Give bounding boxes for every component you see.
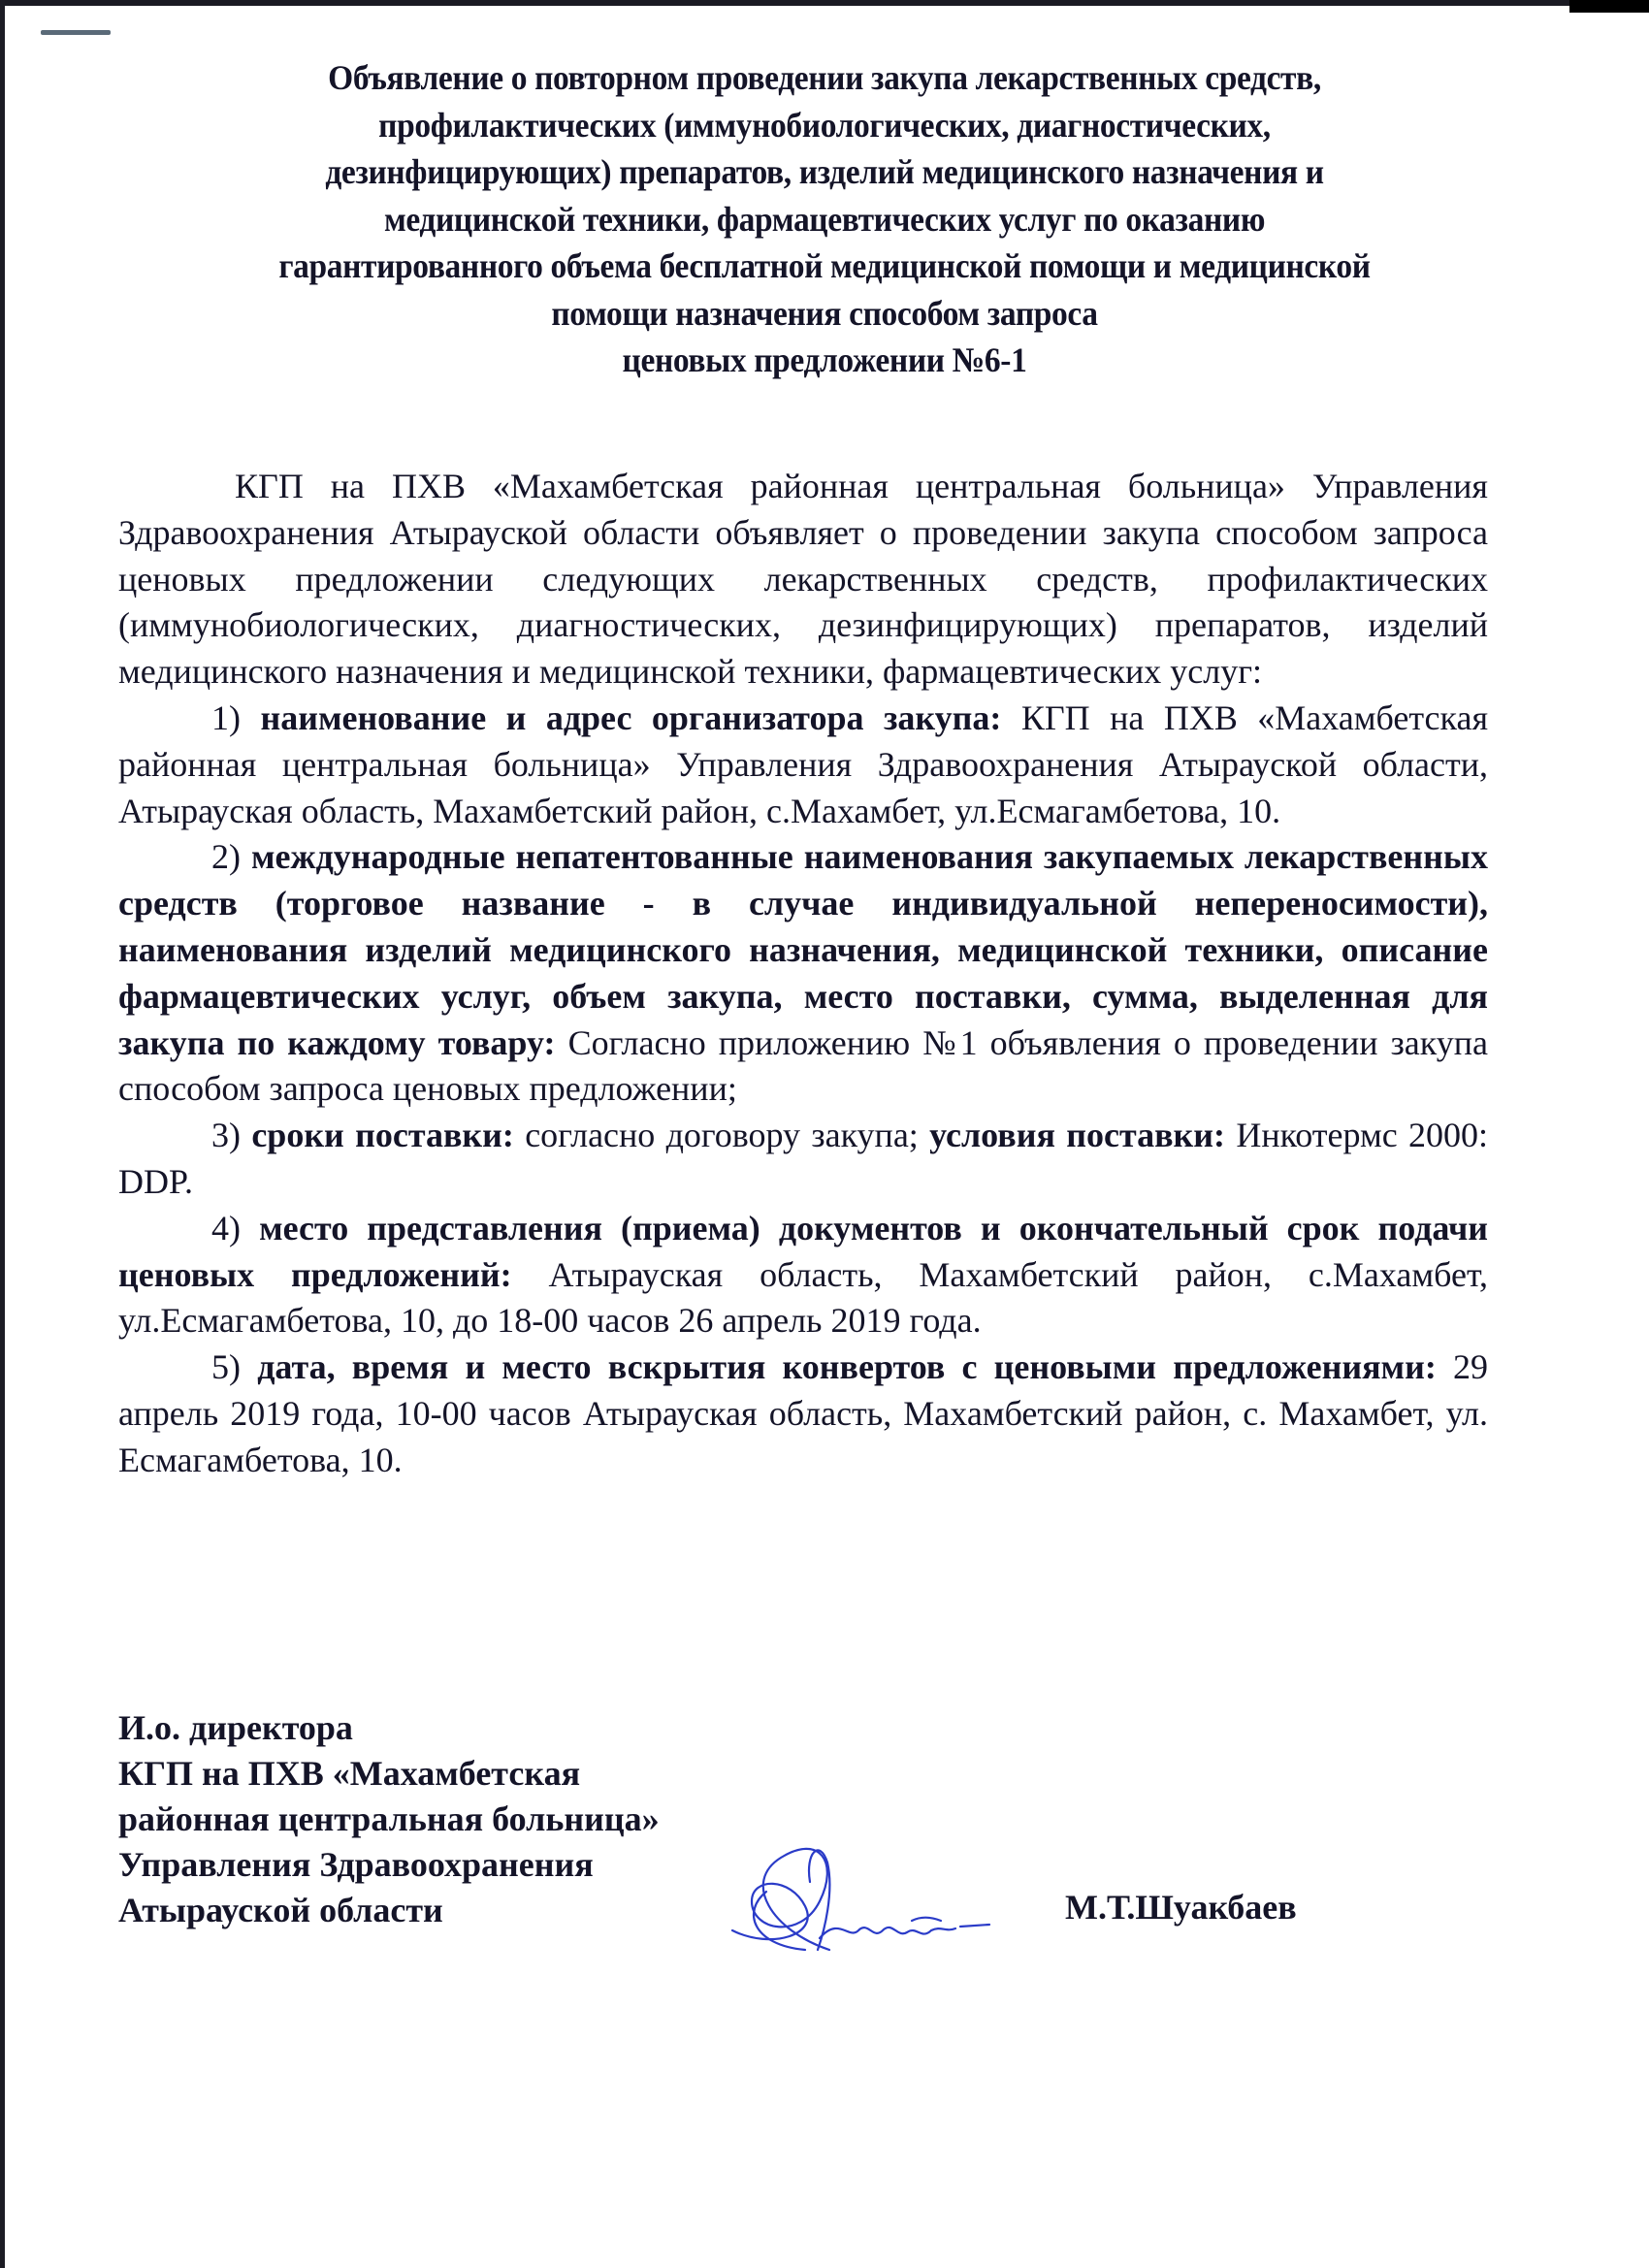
document-title: Объявление о повторном проведении закупа… xyxy=(166,54,1483,384)
title-line: Объявление о повторном проведении закупа… xyxy=(166,54,1483,102)
signature-line: КГП на ПХВ «Махамбетская xyxy=(118,1751,660,1797)
item-goods: 2) международные непатентованные наимено… xyxy=(118,834,1488,1113)
item-submission: 4) место представления (приема) документ… xyxy=(118,1206,1488,1345)
scan-corner xyxy=(1569,0,1649,13)
title-line: гарантированного объема бесплатной медиц… xyxy=(166,243,1483,290)
item-number: 1) xyxy=(211,698,241,737)
handwritten-signature-icon xyxy=(713,1824,994,1960)
title-line: помощи назначения способом запроса xyxy=(166,290,1483,338)
signature-line: Управления Здравоохранения xyxy=(118,1842,660,1888)
item-number: 5) xyxy=(211,1347,241,1386)
item-number: 2) xyxy=(211,837,241,876)
title-line: дезинфицирующих) препаратов, изделий мед… xyxy=(166,148,1483,196)
scan-edge-left xyxy=(0,0,5,2268)
item-delivery: 3) сроки поставки: согласно договору зак… xyxy=(118,1113,1488,1206)
signer-name: М.Т.Шуакбаев xyxy=(1065,1887,1297,1928)
item-label-secondary: условия поставки: xyxy=(929,1116,1225,1154)
scan-edge-top xyxy=(0,0,1649,6)
signature-line: И.о. директора xyxy=(118,1705,660,1751)
item-label: дата, время и место вскрытия конвертов с… xyxy=(257,1347,1437,1386)
document-body: КГП на ПХВ «Махамбетская районная центра… xyxy=(118,464,1488,1484)
title-line: профилактических (иммунобиологических, д… xyxy=(166,102,1483,149)
item-label: наименование и адрес организатора закупа… xyxy=(260,698,1001,737)
item-number: 3) xyxy=(211,1116,241,1154)
title-line: ценовых предложении №6-1 xyxy=(166,337,1483,384)
signature-line: районная центральная больница» xyxy=(118,1797,660,1842)
item-organizer: 1) наименование и адрес организатора зак… xyxy=(118,696,1488,834)
scan-mark xyxy=(41,30,111,35)
item-label: сроки поставки: xyxy=(251,1116,514,1154)
item-opening: 5) дата, время и место вскрытия конверто… xyxy=(118,1345,1488,1483)
item-number: 4) xyxy=(211,1209,241,1247)
signature-line: Атырауской области xyxy=(118,1888,660,1933)
intro-paragraph: КГП на ПХВ «Махамбетская районная центра… xyxy=(118,464,1488,696)
signature-block: И.о. директора КГП на ПХВ «Махамбетская … xyxy=(118,1705,660,1933)
item-text: согласно договору закупа; xyxy=(525,1116,919,1154)
title-line: медицинской техники, фармацевтических ус… xyxy=(166,196,1483,243)
